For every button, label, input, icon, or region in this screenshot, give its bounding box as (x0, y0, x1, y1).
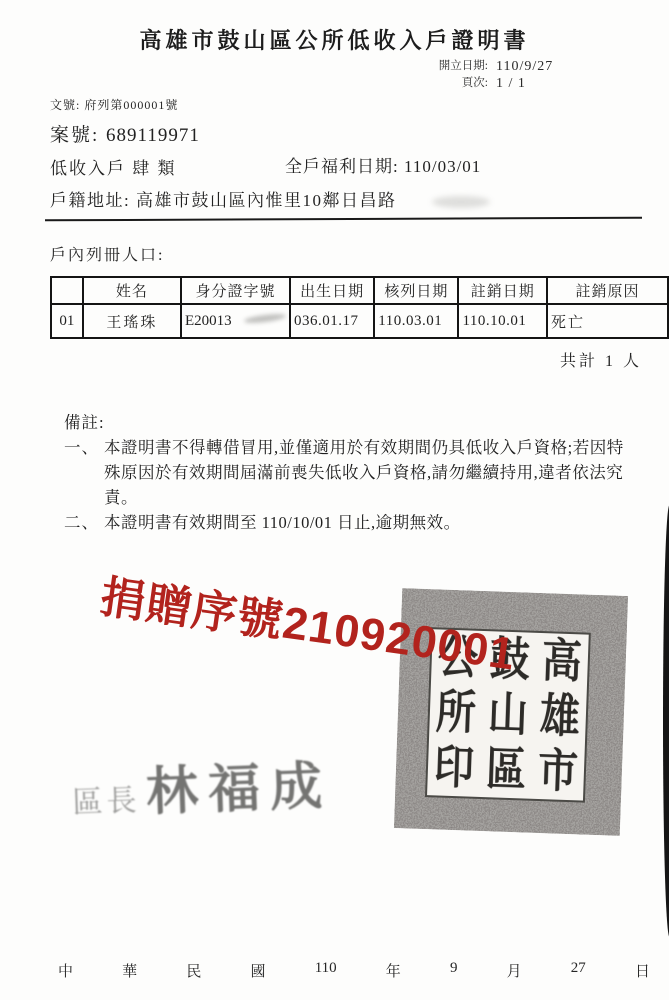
page-number-value: 1 / 1 (496, 75, 553, 92)
donation-serial-watermark: 捐贈序號210920001 (97, 560, 520, 683)
cell-id-text: E20013 (185, 313, 232, 329)
header-cell-name: 姓名 (83, 277, 181, 304)
scan-edge-shadow (663, 505, 669, 937)
header-cell-listed: 核列日期 (374, 277, 458, 304)
welfare-date-line: 全戶福利日期: 110/03/01 (285, 152, 481, 177)
roc-date-line: 中 華 民 國 110 年 9 月 27 日 (58, 960, 650, 981)
date-month: 9 (450, 960, 458, 981)
horizontal-rule (45, 217, 642, 222)
notes-heading: 備註: (64, 410, 640, 435)
date-char: 月 (507, 960, 522, 981)
seal-char: 印 (433, 745, 475, 792)
doc-number-line: 文號: 府列第000001號 (50, 96, 178, 113)
address-redaction-smudge (432, 196, 490, 208)
cell-name: 王瑤珠 (83, 304, 181, 338)
page-number-label: 頁次: (408, 75, 488, 92)
case-number-line: 案號: 689119971 (50, 120, 200, 147)
header-cell-revoked: 註銷日期 (458, 277, 547, 304)
address-value: 高雄市鼓山區內惟里10鄰日昌路 (136, 191, 397, 210)
date-char: 中 (58, 960, 73, 981)
document-title: 高雄市鼓山區公所低收入戶證明書 (0, 24, 669, 55)
cell-birth: 036.01.17 (290, 304, 374, 338)
cell-index: 01 (51, 304, 83, 338)
header-meta: 開立日期: 110/9/27 頁次: 1 / 1 (408, 58, 553, 92)
seal-char: 高 (541, 638, 583, 685)
document-page: 高雄市鼓山區公所低收入戶證明書 開立日期: 110/9/27 頁次: 1 / 1… (0, 0, 669, 1000)
case-number-label: 案號: (50, 125, 99, 146)
table-header-row: 姓名 身分證字號 出生日期 核列日期 註銷日期 註銷原因 (51, 277, 668, 304)
table-row: 01 王瑤珠 E20013 036.01.17 110.03.01 110.10… (51, 304, 668, 338)
district-chief-signature: 區長 林福成 (71, 743, 333, 827)
signature-name: 林福成 (145, 743, 334, 824)
case-number-value: 689119971 (106, 125, 200, 146)
note-item-2: 二、 本證明書有效期間至 110/10/01 日止,逾期無效。 (64, 510, 640, 535)
total-count-label: 共計 1 人 (0, 348, 642, 371)
seal-char: 市 (537, 748, 579, 795)
date-char: 年 (386, 960, 401, 981)
welfare-date-label: 全戶福利日期: (285, 157, 399, 176)
seal-char: 雄 (539, 693, 581, 740)
date-char: 日 (635, 960, 650, 981)
header-cell-id: 身分證字號 (181, 277, 290, 304)
date-day: 27 (571, 960, 586, 981)
cell-reason: 死亡 (547, 304, 668, 338)
header-cell-birth: 出生日期 (290, 277, 374, 304)
note-2-text: 本證明書有效期間至 110/10/01 日止,逾期無效。 (104, 510, 640, 535)
seal-char: 所 (435, 689, 477, 736)
date-char: 國 (251, 960, 266, 981)
address-label: 戶籍地址: (50, 191, 130, 210)
date-char: 民 (186, 960, 201, 981)
address-line: 戶籍地址: 高雄市鼓山區內惟里10鄰日昌路 (50, 186, 396, 211)
household-section-label: 戶內列冊人口: (50, 242, 164, 265)
note-item-1: 一、 本證明書不得轉借冒用,並僅適用於有效期間仍具低收入戶資格;若因特殊原因於有… (64, 435, 640, 510)
note-1-text: 本證明書不得轉借冒用,並僅適用於有效期間仍具低收入戶資格;若因特殊原因於有效期間… (104, 435, 640, 510)
cell-revoked: 110.10.01 (458, 304, 547, 338)
id-redaction-smudge (244, 312, 287, 324)
welfare-date-value: 110/03/01 (404, 157, 481, 176)
header-cell-reason: 註銷原因 (547, 277, 668, 304)
date-year: 110 (315, 960, 337, 981)
cell-listed: 110.03.01 (374, 304, 458, 338)
cell-id: E20013 (181, 304, 290, 338)
notes-section: 備註: 一、 本證明書不得轉借冒用,並僅適用於有效期間仍具低收入戶資格;若因特殊… (64, 410, 640, 535)
category-line: 低收入戶 肆 類 (50, 154, 177, 179)
issue-date-value: 110/9/27 (496, 58, 553, 75)
seal-char: 區 (485, 746, 527, 793)
date-char: 華 (122, 960, 137, 981)
seal-char: 山 (487, 691, 529, 738)
signature-title: 區長 (72, 775, 141, 821)
note-1-number: 一、 (64, 435, 104, 510)
issue-date-label: 開立日期: (408, 58, 488, 75)
note-2-number: 二、 (64, 510, 104, 535)
header-cell-index (51, 277, 83, 304)
household-members-table: 姓名 身分證字號 出生日期 核列日期 註銷日期 註銷原因 01 王瑤珠 E200… (50, 276, 669, 339)
